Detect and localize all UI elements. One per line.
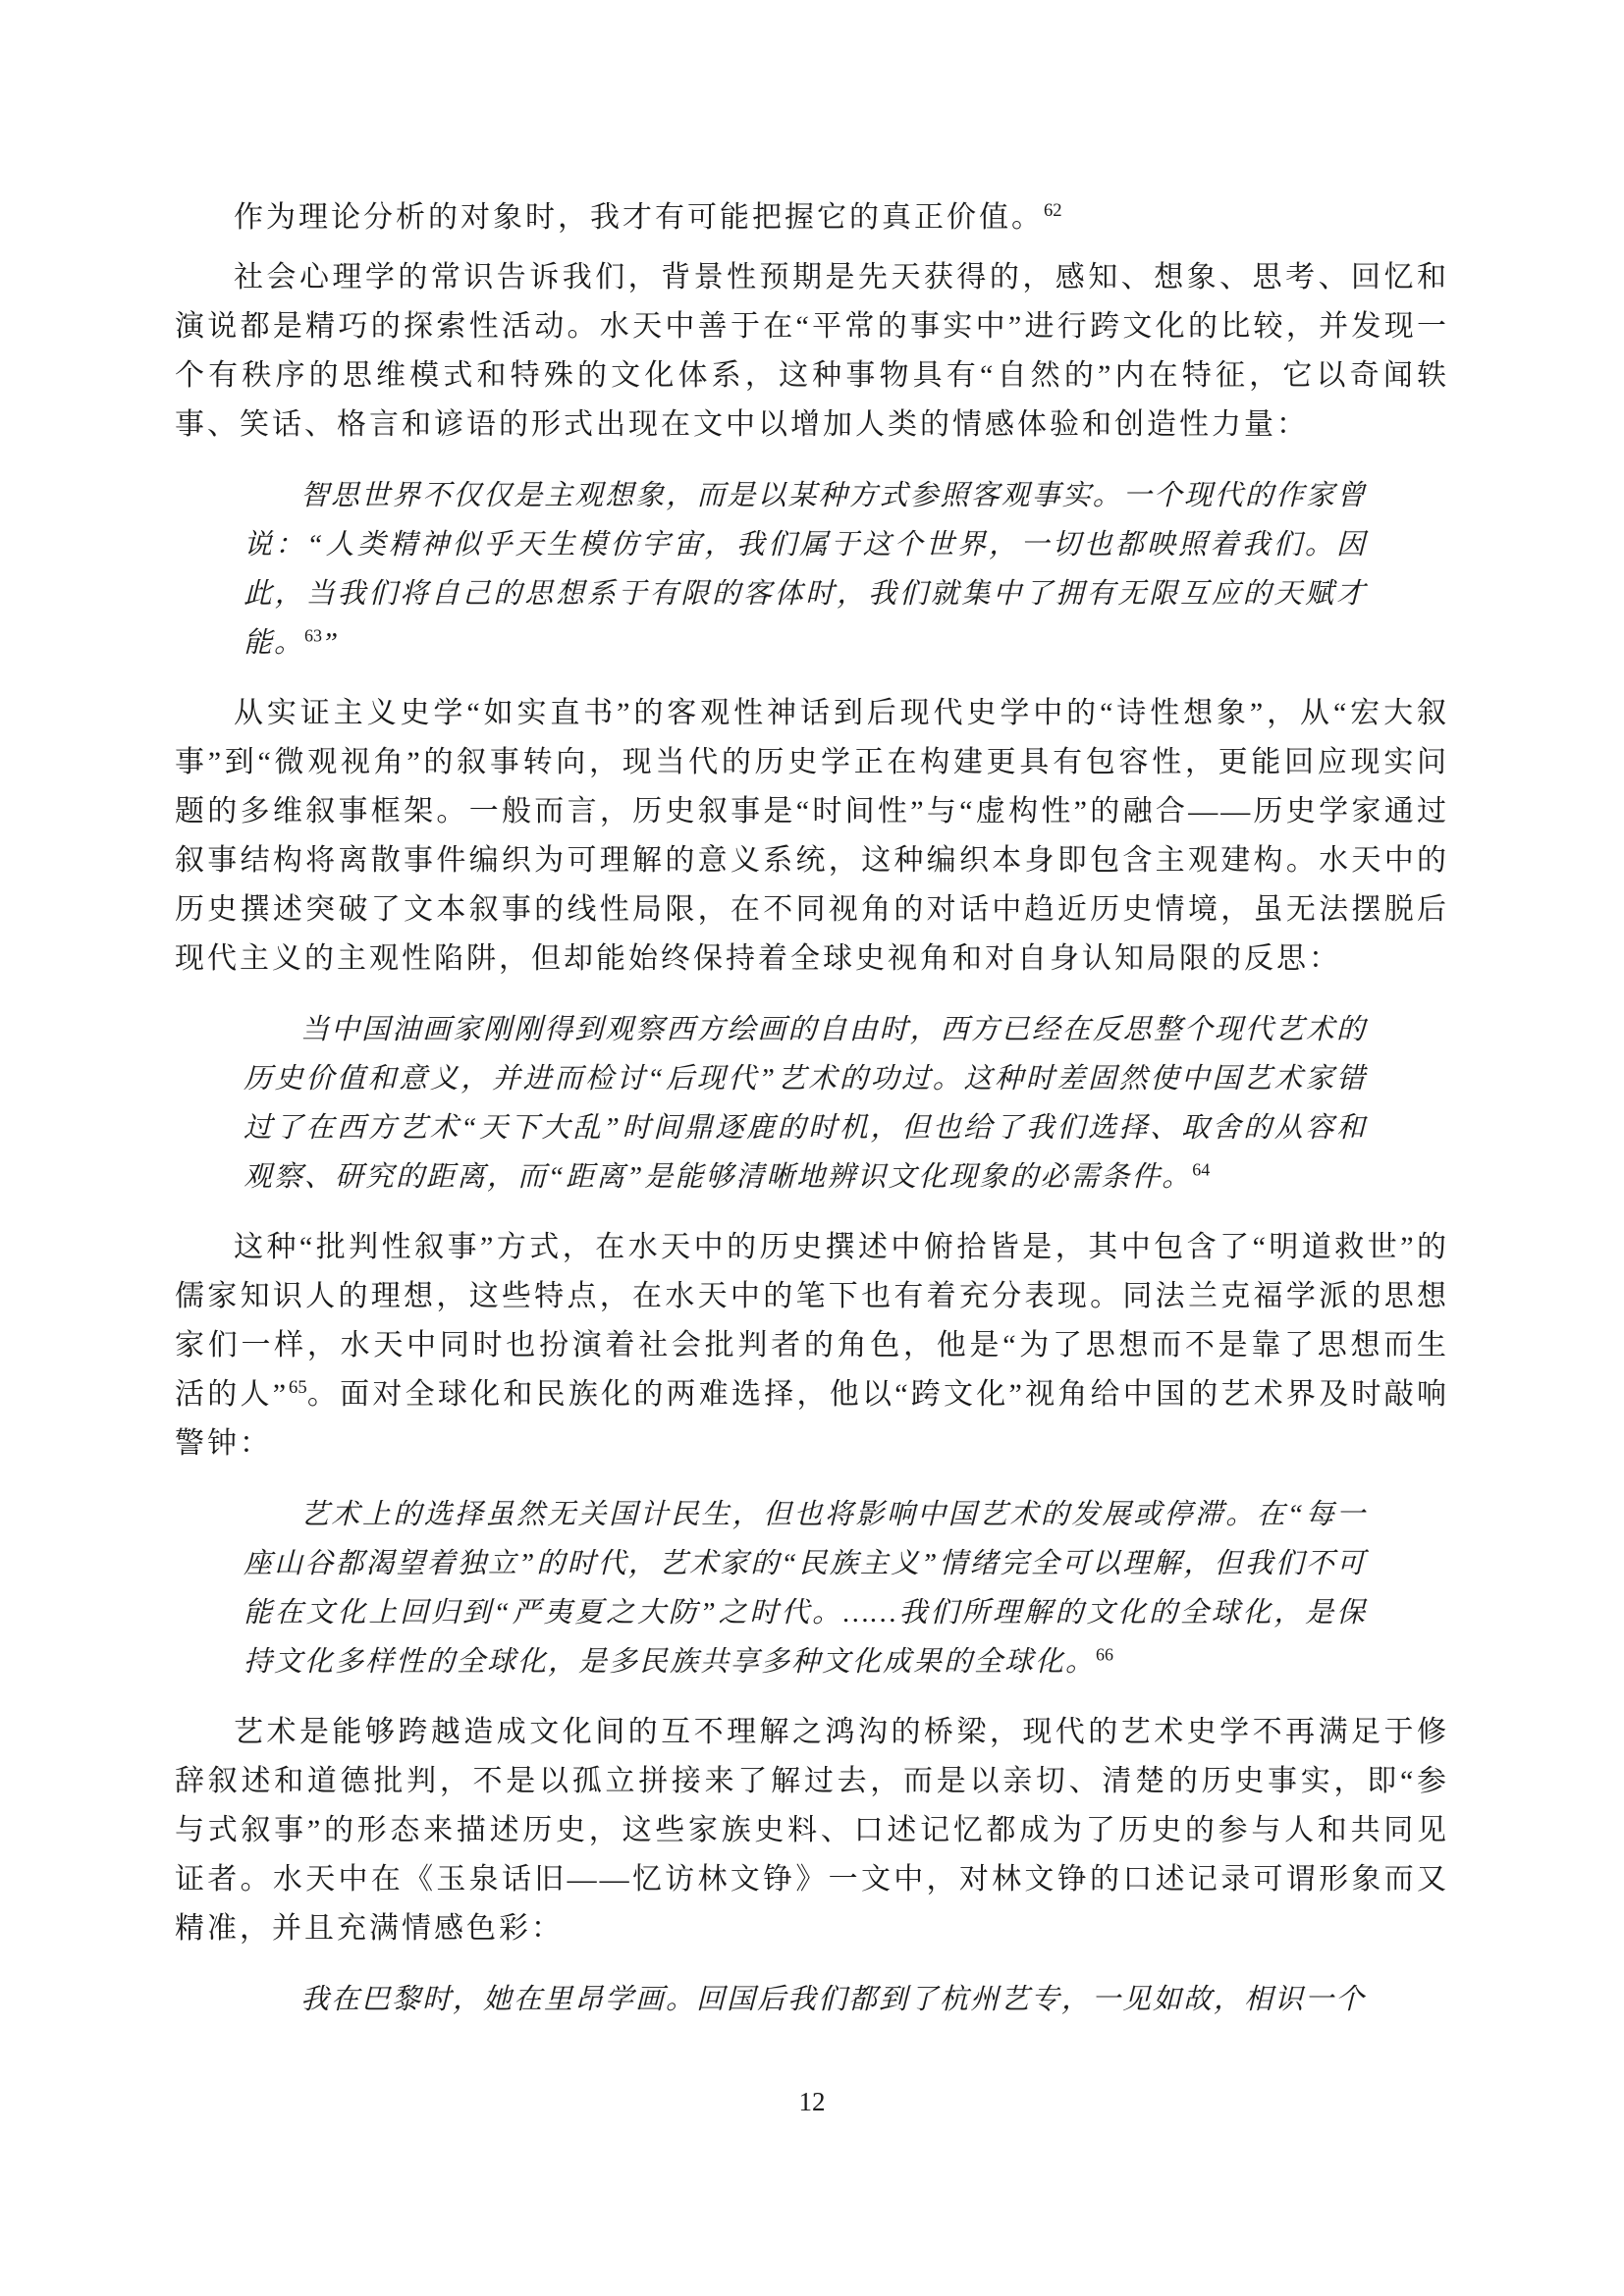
page-number: 12: [0, 2087, 1624, 2117]
block-quote: 我在巴黎时，她在里昂学画。回国后我们都到了杭州艺专，一见如故，相识一个: [244, 1975, 1367, 2024]
text-run: 社会心理学的常识告诉我们，背景性预期是先天获得的，感知、想象、思考、回忆和演说都…: [175, 261, 1449, 441]
text-run: 作为理论分析的对象时，我才有可能把握它的真正价值。: [234, 201, 1044, 234]
footnote-ref: 64: [1192, 1159, 1210, 1179]
text-run: 我在巴黎时，她在里昂学画。回国后我们都到了杭州艺专，一见如故，相识一个: [300, 1984, 1366, 2015]
footnote-ref: 65: [289, 1377, 307, 1398]
body-paragraph: 社会心理学的常识告诉我们，背景性预期是先天获得的，感知、想象、思考、回忆和演说都…: [175, 253, 1449, 450]
footnote-ref: 62: [1044, 200, 1062, 221]
text-run: 艺术是能够跨越造成文化间的互不理解之鸿沟的桥梁，现代的艺术史学不再满足于修辞叙述…: [175, 1716, 1449, 1945]
text-run: 艺术上的选择虽然无关国计民生，但也将影响中国艺术的发展或停滞。在“每一座山谷都渴…: [244, 1499, 1367, 1678]
text-run: ”: [322, 627, 340, 659]
body-paragraph: 从实证主义史学“如实直书”的客观性神话到后现代史学中的“诗性想象”，从“宏大叙事…: [175, 689, 1449, 984]
block-quote: 智思世界不仅仅是主观想象，而是以某种方式参照客观事实。一个现代的作家曾说：“人类…: [244, 471, 1367, 667]
block-quote: 当中国油画家刚刚得到观察西方绘画的自由时，西方已经在反思整个现代艺术的历史价值和…: [244, 1005, 1367, 1201]
body-paragraph: 这种“批判性叙事”方式，在水天中的历史撰述中俯拾皆是，其中包含了“明道救世”的儒…: [175, 1223, 1449, 1468]
document-content: 作为理论分析的对象时，我才有可能把握它的真正价值。62社会心理学的常识告诉我们，…: [175, 183, 1449, 2046]
text-run: 。面对全球化和民族化的两难选择，他以“跨文化”视角给中国的艺术界及时敲响警钟：: [175, 1378, 1449, 1460]
body-paragraph: 作为理论分析的对象时，我才有可能把握它的真正价值。62: [175, 193, 1449, 242]
body-paragraph: 艺术是能够跨越造成文化间的互不理解之鸿沟的桥梁，现代的艺术史学不再满足于修辞叙述…: [175, 1708, 1449, 1953]
text-run: 智思世界不仅仅是主观想象，而是以某种方式参照客观事实。一个现代的作家曾说：“人类…: [244, 480, 1367, 659]
text-run: 从实证主义史学“如实直书”的客观性神话到后现代史学中的“诗性想象”，从“宏大叙事…: [175, 697, 1449, 975]
block-quote: 艺术上的选择虽然无关国计民生，但也将影响中国艺术的发展或停滞。在“每一座山谷都渴…: [244, 1490, 1367, 1686]
footnote-ref: 63: [304, 625, 322, 645]
document-page: 作为理论分析的对象时，我才有可能把握它的真正价值。62社会心理学的常识告诉我们，…: [0, 0, 1624, 2296]
footnote-ref: 66: [1096, 1644, 1113, 1664]
